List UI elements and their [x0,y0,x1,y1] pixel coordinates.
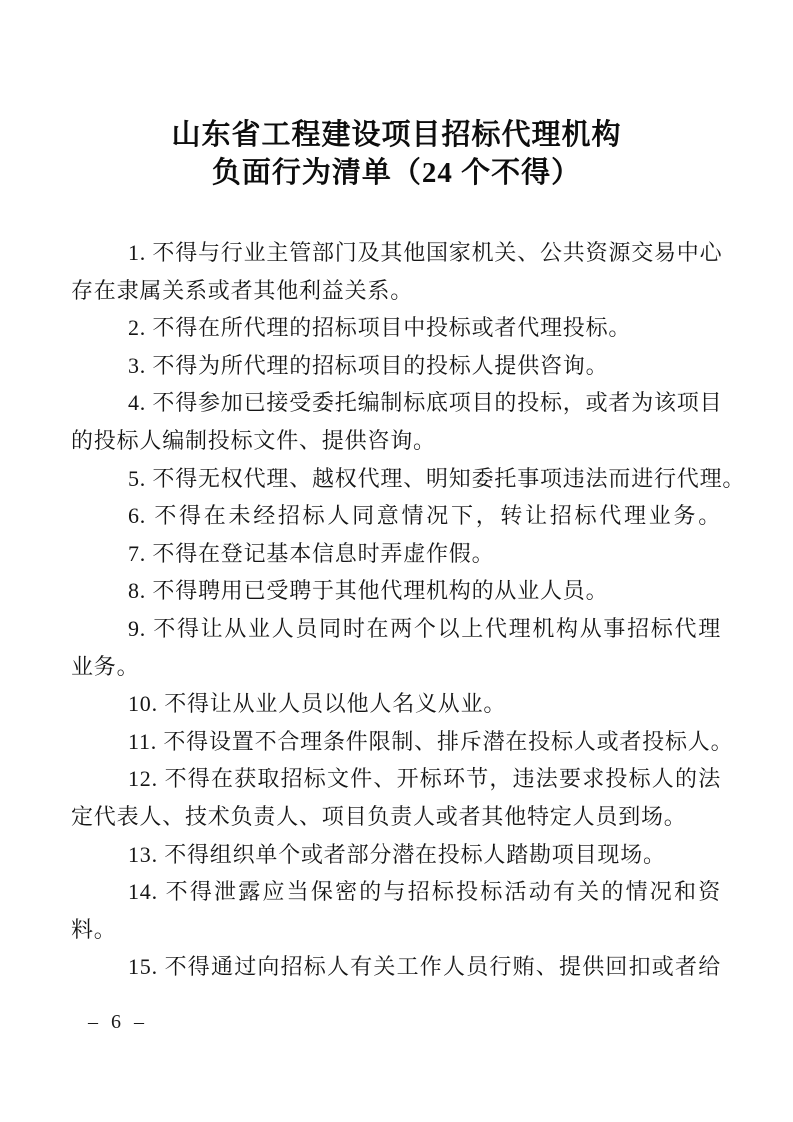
list-item-10: 10. 不得让从业人员以他人名义从业。 [71,685,721,723]
document-page: 山东省工程建设项目招标代理机构 负面行为清单（24 个不得） 1. 不得与行业主… [0,0,793,1122]
list-item-6: 6. 不得在未经招标人同意情况下，转让招标代理业务。 [71,497,721,535]
list-item-9-line-1: 9. 不得让从业人员同时在两个以上代理机构从事招标代理 [71,610,721,648]
list-item-7: 7. 不得在登记基本信息时弄虚作假。 [71,535,721,573]
list-item-12-line-2: 定代表人、技术负责人、项目负责人或者其他特定人员到场。 [71,798,721,836]
list-item-15: 15. 不得通过向招标人有关工作人员行贿、提供回扣或者给 [71,948,721,986]
list-item-1-line-2: 存在隶属关系或者其他利益关系。 [71,272,721,310]
list-item-11: 11. 不得设置不合理条件限制、排斥潜在投标人或者投标人。 [71,723,721,761]
list-item-14-line-1: 14. 不得泄露应当保密的与招标投标活动有关的情况和资 [71,873,721,911]
title-line-2: 负面行为清单（24 个不得） [0,154,793,192]
list-item-5: 5. 不得无权代理、越权代理、明知委托事项违法而进行代理。 [71,460,721,498]
list-item-2: 2. 不得在所代理的招标项目中投标或者代理投标。 [71,309,721,347]
list-item-13: 13. 不得组织单个或者部分潜在投标人踏勘项目现场。 [71,836,721,874]
title-line-1: 山东省工程建设项目招标代理机构 [0,116,793,154]
document-title: 山东省工程建设项目招标代理机构 负面行为清单（24 个不得） [0,0,793,192]
list-item-14-line-2: 料。 [71,911,721,949]
list-item-12-line-1: 12. 不得在获取招标文件、开标环节，违法要求投标人的法 [71,760,721,798]
list-item-9-line-2: 业务。 [71,648,721,686]
list-item-8: 8. 不得聘用已受聘于其他代理机构的从业人员。 [71,572,721,610]
page-number: – 6 – [88,1011,148,1034]
list-item-4-line-1: 4. 不得参加已接受委托编制标底项目的投标，或者为该项目 [71,384,721,422]
list-item-1-line-1: 1. 不得与行业主管部门及其他国家机关、公共资源交易中心 [71,234,721,272]
list-item-3: 3. 不得为所代理的招标项目的投标人提供咨询。 [71,347,721,385]
list-body: 1. 不得与行业主管部门及其他国家机关、公共资源交易中心 存在隶属关系或者其他利… [71,234,721,986]
list-item-4-line-2: 的投标人编制投标文件、提供咨询。 [71,422,721,460]
